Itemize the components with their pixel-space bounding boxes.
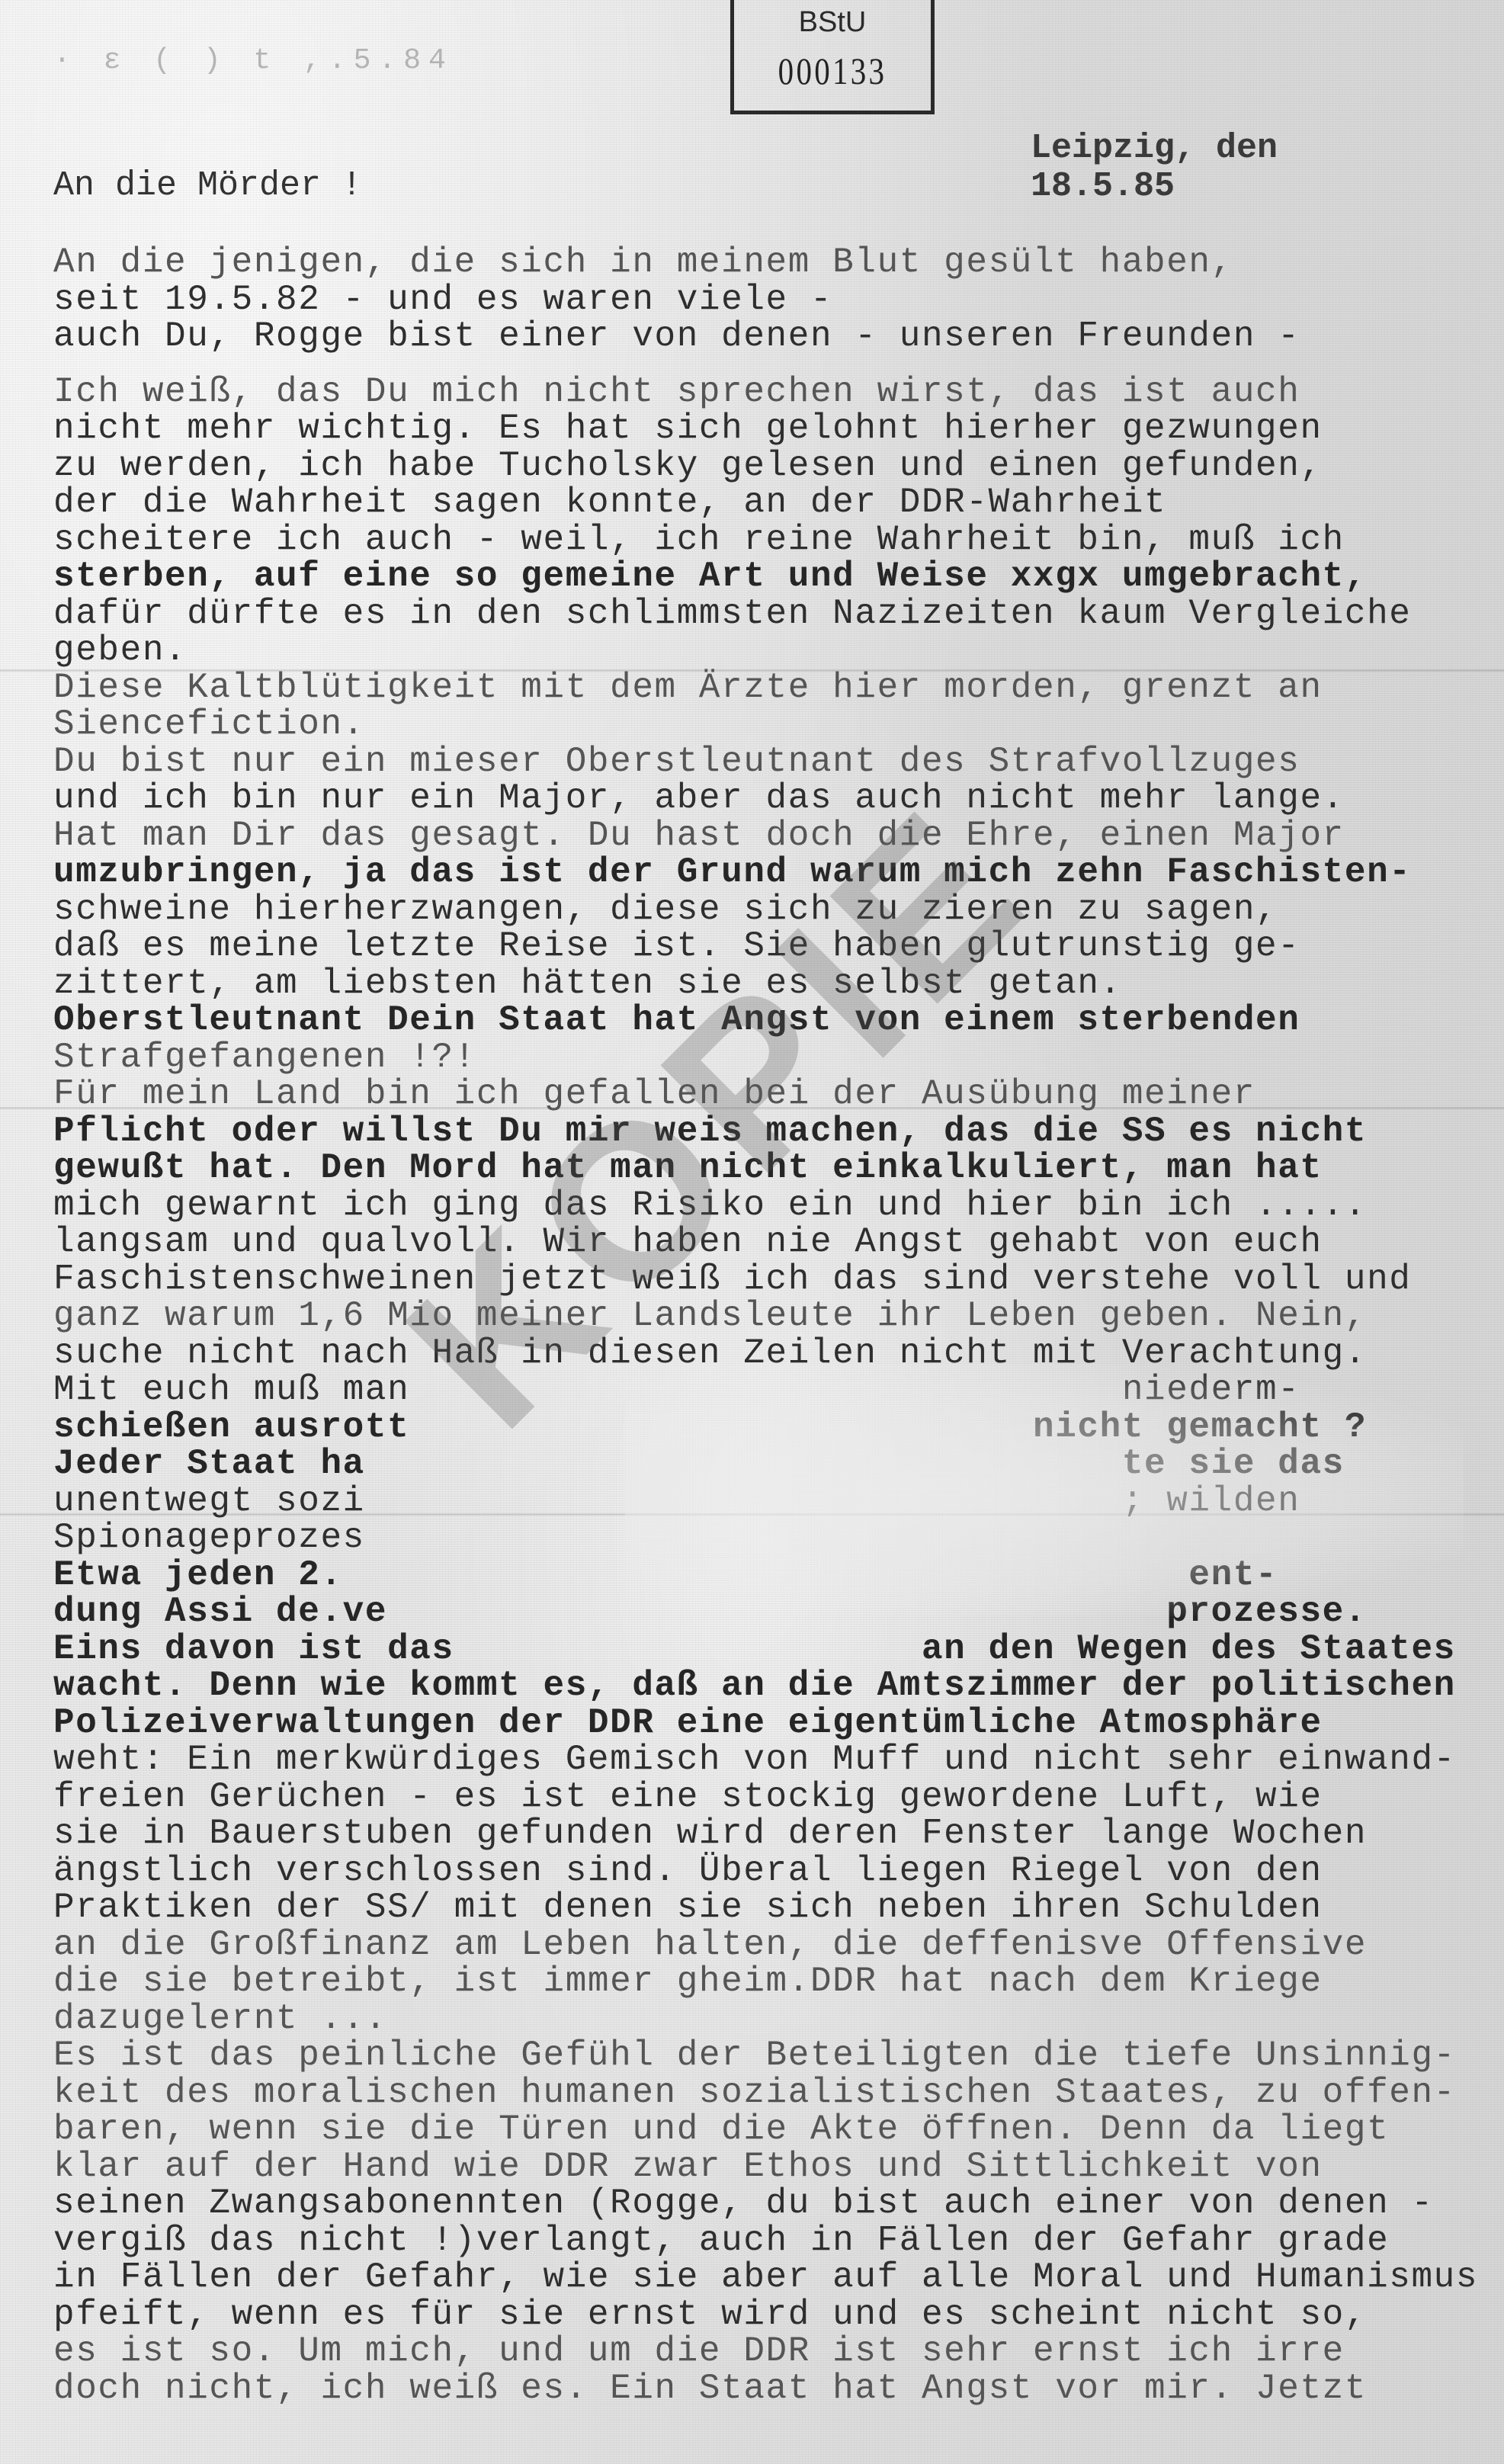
letter-line: klar auf der Hand wie DDR zwar Ethos und…	[53, 2148, 1486, 2186]
letter-line: Strafgefangenen !?!	[53, 1039, 1486, 1076]
letter-line: ganz warum 1,6 Mio meiner Landsleute ihr…	[53, 1298, 1486, 1335]
letter-line: sterben, auf eine so gemeine Art und Wei…	[53, 558, 1486, 595]
letter-line: geben.	[53, 632, 1486, 669]
letter-line: vergiß das nicht !)verlangt, auch in Fäl…	[53, 2222, 1486, 2260]
letter-line: nicht mehr wichtig. Es hat sich gelohnt …	[53, 410, 1486, 448]
letter-line: gewußt hat. Den Mord hat man nicht einka…	[53, 1150, 1486, 1187]
letter-line: an die Großfinanz am Leben halten, die d…	[53, 1927, 1486, 1964]
letter-line: ängstlich verschlossen sind. Überal lieg…	[53, 1853, 1486, 1890]
letter-line: An die jenigen, die sich in meinem Blut …	[53, 244, 1486, 281]
letter-line: schweine hierherzwangen, diese sich zu z…	[53, 891, 1486, 929]
letter-line: Ich weiß, das Du mich nicht sprechen wir…	[53, 374, 1486, 411]
archive-stamp: BStU 000133	[730, 0, 935, 114]
letter-line: Mit euch muß man niederm-	[53, 1372, 1486, 1409]
letter-line: daß es meine letzte Reise ist. Sie haben…	[53, 928, 1486, 965]
letter-line: Für mein Land bin ich gefallen bei der A…	[53, 1076, 1486, 1113]
letter-line: schießen ausrott nicht gemacht ?	[53, 1409, 1486, 1446]
stamp-organization: BStU	[734, 6, 931, 39]
letter-line: Hat man Dir das gesagt. Du hast doch die…	[53, 817, 1486, 855]
letter-line: es ist so. Um mich, und um die DDR ist s…	[53, 2333, 1486, 2370]
letter-line: Etwa jeden 2. ent-	[53, 1557, 1486, 1594]
letter-line: die sie betreibt, ist immer gheim.DDR ha…	[53, 1963, 1486, 2000]
letter-line: weht: Ein merkwürdiges Gemisch von Muff …	[53, 1741, 1486, 1779]
letter-line: doch nicht, ich weiß es. Ein Staat hat A…	[53, 2370, 1486, 2408]
letter-line: baren, wenn sie die Türen und die Akte ö…	[53, 2111, 1486, 2148]
letter-line: Spionageprozes	[53, 1519, 1486, 1557]
letter-line: seinen Zwangsabonennten (Rogge, du bist …	[53, 2185, 1486, 2222]
date-line: 18.5.85	[1031, 168, 1278, 206]
letter-line: freien Gerüchen - es ist eine stockig ge…	[53, 1779, 1486, 1816]
place-line: Leipzig, den	[1031, 130, 1278, 168]
letter-line: Es ist das peinliche Gefühl der Beteilig…	[53, 2037, 1486, 2074]
letter-line	[53, 355, 1486, 374]
letter-line: Faschistenschweinen jetzt weiß ich das s…	[53, 1261, 1486, 1298]
letter-line: suche nicht nach Haß in diesen Zeilen ni…	[53, 1335, 1486, 1372]
letter-line: Oberstleutnant Dein Staat hat Angst von …	[53, 1002, 1486, 1039]
letter-line: sie in Bauerstuben gefunden wird deren F…	[53, 1815, 1486, 1853]
letter-line: dafür dürfte es in den schlimmsten Naziz…	[53, 595, 1486, 633]
letter-line: und ich bin nur ein Major, aber das auch…	[53, 780, 1486, 817]
letter-line: Du bist nur ein mieser Oberstleutnant de…	[53, 743, 1486, 781]
faint-header-text: · ε ( ) t ,.5.84	[53, 44, 454, 77]
letter-line: Praktiken der SS/ mit denen sie sich neb…	[53, 1889, 1486, 1927]
letter-line: Eins davon ist das an den Wegen des Staa…	[53, 1631, 1486, 1668]
letter-line: Polizeiverwaltungen der DDR eine eigentü…	[53, 1705, 1486, 1742]
letter-line: in Fällen der Gefahr, wie sie aber auf a…	[53, 2259, 1486, 2296]
letter-line: Siencefiction.	[53, 706, 1486, 743]
letter-line: wacht. Denn wie kommt es, daß an die Amt…	[53, 1667, 1486, 1705]
letter-line: dazugelernt ...	[53, 2000, 1486, 2038]
letter-line: keit des moralischen humanen sozialistis…	[53, 2074, 1486, 2112]
letter-line: zu werden, ich habe Tucholsky gelesen un…	[53, 448, 1486, 485]
letter-line: mich gewarnt ich ging das Risiko ein und…	[53, 1187, 1486, 1224]
letter-line: unentwegt sozi ; wilden	[53, 1483, 1486, 1520]
letter-line: scheitere ich auch - weil, ich reine Wah…	[53, 521, 1486, 559]
letter-line: umzubringen, ja das ist der Grund warum …	[53, 854, 1486, 891]
letter-line: pfeift, wenn es für sie ernst wird und e…	[53, 2296, 1486, 2334]
letter-body: An die jenigen, die sich in meinem Blut …	[53, 244, 1486, 2407]
letter-line: dung Assi de.ve prozesse.	[53, 1593, 1486, 1631]
letter-line: auch Du, Rogge bist einer von denen - un…	[53, 318, 1486, 355]
letter-line: der die Wahrheit sagen konnte, an der DD…	[53, 484, 1486, 521]
salutation: An die Mörder !	[53, 166, 362, 205]
letter-line: Diese Kaltblütigkeit mit dem Ärzte hier …	[53, 669, 1486, 707]
letter-line: Pflicht oder willst Du mir weis machen, …	[53, 1113, 1486, 1150]
letter-line: langsam und qualvoll. Wir haben nie Angs…	[53, 1224, 1486, 1261]
stamp-number: 000133	[752, 49, 913, 93]
letter-line: seit 19.5.82 - und es waren viele -	[53, 281, 1486, 319]
letter-line: zittert, am liebsten hätten sie es selbs…	[53, 965, 1486, 1003]
letter-line: Jeder Staat ha te sie das	[53, 1445, 1486, 1483]
place-date: Leipzig, den 18.5.85	[1031, 130, 1278, 206]
